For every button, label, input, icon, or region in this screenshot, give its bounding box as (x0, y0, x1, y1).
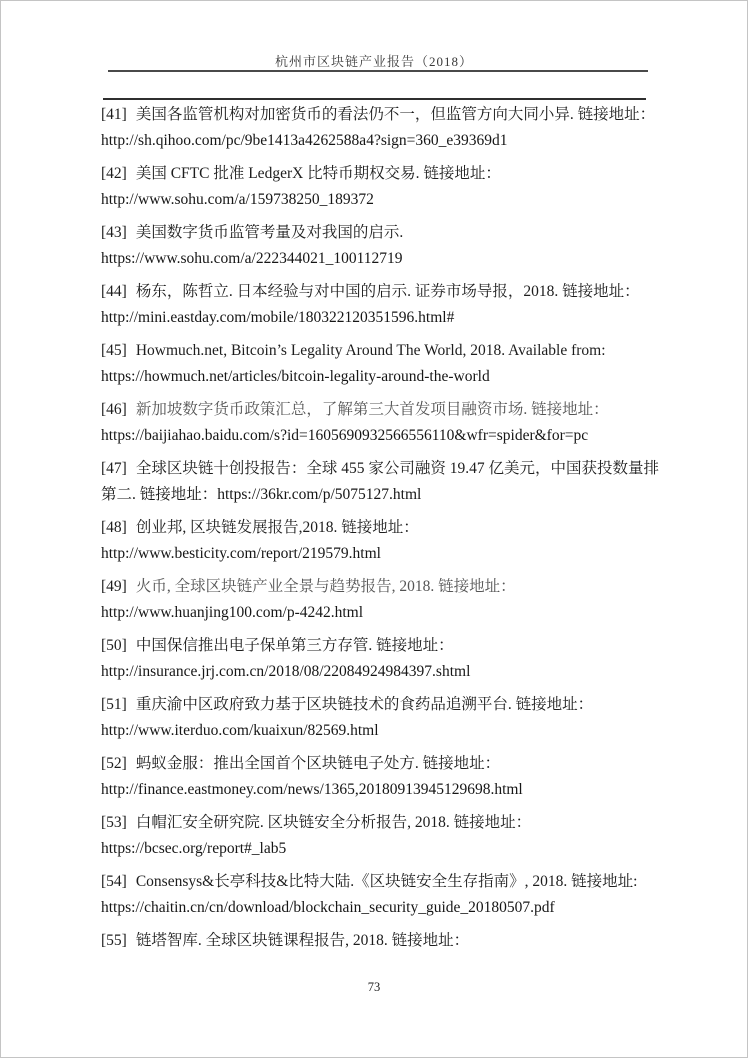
reference-url-line: http://www.iterduo.com/kuaixun/82569.htm… (101, 718, 653, 744)
reference-title: 美国各监管机构对加密货币的看法仍不一，但监管方向大同小异. 链接地址： (136, 106, 655, 123)
reference-label: [43] (101, 220, 127, 246)
reference-item: [43]美国数字货币监管考量及对我国的启示. https://www.sohu.… (101, 220, 653, 272)
reference-item: [51]重庆渝中区政府致力基于区块链技术的食药品追溯平台. 链接地址： http… (101, 692, 653, 744)
reference-title: 火币, 全球区块链产业全景与趋势报告, 2018. 链接地址： (136, 578, 516, 595)
reference-url-line: http://www.huanjing100.com/p-4242.html (101, 600, 653, 626)
reference-title-line: [52]蚂蚁金服：推出全国首个区块链电子处方. 链接地址： (101, 751, 653, 777)
reference-item: [45]Howmuch.net, Bitcoin’s Legality Arou… (101, 338, 653, 390)
reference-item: [52]蚂蚁金服：推出全国首个区块链电子处方. 链接地址： http://fin… (101, 751, 653, 803)
reference-title: 全球区块链十创投报告：全球 455 家公司融资 19.47 亿美元，中国获投数量… (136, 460, 659, 477)
reference-label: [49] (101, 574, 127, 600)
reference-url-line: https://baijiahao.baidu.com/s?id=1605690… (101, 423, 653, 449)
reference-label: [50] (101, 633, 127, 659)
reference-title-line: [46]新加坡数字货币政策汇总，了解第三大首发项目融资市场. 链接地址： (101, 397, 653, 423)
reference-label: [45] (101, 338, 127, 364)
reference-url-line: https://bcsec.org/report#_lab5 (101, 836, 653, 862)
reference-title: 新加坡数字货币政策汇总，了解第三大首发项目融资市场. 链接地址： (136, 401, 609, 418)
reference-item: [49]火币, 全球区块链产业全景与趋势报告, 2018. 链接地址： http… (101, 574, 653, 626)
reference-title-line: [49]火币, 全球区块链产业全景与趋势报告, 2018. 链接地址： (101, 574, 653, 600)
reference-item: [48]创业邦, 区块链发展报告,2018. 链接地址： http://www.… (101, 515, 653, 567)
reference-title-line: [43]美国数字货币监管考量及对我国的启示. (101, 220, 653, 246)
reference-label: [42] (101, 161, 127, 187)
reference-url-line: https://howmuch.net/articles/bitcoin-leg… (101, 364, 653, 390)
reference-item: [47]全球区块链十创投报告：全球 455 家公司融资 19.47 亿美元，中国… (101, 456, 653, 508)
references-list: [41]美国各监管机构对加密货币的看法仍不一，但监管方向大同小异. 链接地址： … (101, 102, 653, 961)
reference-title: 美国数字货币监管考量及对我国的启示. (136, 224, 403, 241)
header-rule (108, 70, 648, 72)
reference-title: 美国 CFTC 批准 LedgerX 比特币期权交易. 链接地址： (136, 165, 501, 182)
reference-title: 链塔智库. 全球区块链课程报告, 2018. 链接地址： (136, 932, 469, 949)
reference-label: [47] (101, 456, 127, 482)
reference-label: [51] (101, 692, 127, 718)
reference-title-line: [42]美国 CFTC 批准 LedgerX 比特币期权交易. 链接地址： (101, 161, 653, 187)
reference-url-line: https://chaitin.cn/cn/download/blockchai… (101, 895, 653, 921)
reference-title: 杨东，陈哲立. 日本经验与对中国的启示. 证券市场导报，2018. 链接地址： (136, 283, 640, 300)
reference-item: [55]链塔智库. 全球区块链课程报告, 2018. 链接地址： (101, 928, 653, 954)
reference-title-line: [53]白帽汇安全研究院. 区块链安全分析报告, 2018. 链接地址： (101, 810, 653, 836)
reference-title: Consensys&长亭科技&比特大陆.《区块链安全生存指南》, 2018. 链… (136, 873, 638, 890)
reference-item: [41]美国各监管机构对加密货币的看法仍不一，但监管方向大同小异. 链接地址： … (101, 102, 653, 154)
reference-title-line: [44]杨东，陈哲立. 日本经验与对中国的启示. 证券市场导报，2018. 链接… (101, 279, 653, 305)
reference-url-line: 第二. 链接地址：https://36kr.com/p/5075127.html (101, 482, 653, 508)
reference-label: [53] (101, 810, 127, 836)
reference-label: [41] (101, 102, 127, 128)
reference-label: [46] (101, 397, 127, 423)
reference-url-line: http://mini.eastday.com/mobile/180322120… (101, 305, 653, 331)
page-header-title: 杭州市区块链产业报告（2018） (1, 51, 747, 70)
reference-title-line: [50]中国保信推出电子保单第三方存管. 链接地址： (101, 633, 653, 659)
reference-label: [52] (101, 751, 127, 777)
reference-item: [46]新加坡数字货币政策汇总，了解第三大首发项目融资市场. 链接地址： htt… (101, 397, 653, 449)
reference-url-line: http://insurance.jrj.com.cn/2018/08/2208… (101, 659, 653, 685)
reference-url-line: http://www.sohu.com/a/159738250_189372 (101, 187, 653, 213)
reference-title-line: [45]Howmuch.net, Bitcoin’s Legality Arou… (101, 338, 653, 364)
reference-item: [42]美国 CFTC 批准 LedgerX 比特币期权交易. 链接地址： ht… (101, 161, 653, 213)
reference-title: 白帽汇安全研究院. 区块链安全分析报告, 2018. 链接地址： (136, 814, 531, 831)
reference-title: 蚂蚁金服：推出全国首个区块链电子处方. 链接地址： (136, 755, 500, 772)
reference-title-line: [48]创业邦, 区块链发展报告,2018. 链接地址： (101, 515, 653, 541)
reference-title-line: [41]美国各监管机构对加密货币的看法仍不一，但监管方向大同小异. 链接地址： (101, 102, 653, 128)
reference-item: [50]中国保信推出电子保单第三方存管. 链接地址： http://insura… (101, 633, 653, 685)
reference-label: [48] (101, 515, 127, 541)
page-number: 73 (1, 980, 747, 995)
reference-url-line: http://sh.qihoo.com/pc/9be1413a4262588a4… (101, 128, 653, 154)
reference-title: Howmuch.net, Bitcoin’s Legality Around T… (136, 342, 606, 359)
reference-title: 创业邦, 区块链发展报告,2018. 链接地址： (136, 519, 419, 536)
reference-label: [44] (101, 279, 127, 305)
reference-label: [54] (101, 869, 127, 895)
reference-url-line: https://www.sohu.com/a/222344021_1001127… (101, 246, 653, 272)
reference-label: [55] (101, 928, 127, 954)
reference-title: 中国保信推出电子保单第三方存管. 链接地址： (136, 637, 454, 654)
reference-title-line: [47]全球区块链十创投报告：全球 455 家公司融资 19.47 亿美元，中国… (101, 456, 653, 482)
reference-title-line: [51]重庆渝中区政府致力基于区块链技术的食药品追溯平台. 链接地址： (101, 692, 653, 718)
content-top-rule (103, 98, 646, 100)
reference-title-line: [55]链塔智库. 全球区块链课程报告, 2018. 链接地址： (101, 928, 653, 954)
document-page: 杭州市区块链产业报告（2018） [41]美国各监管机构对加密货币的看法仍不一，… (0, 0, 748, 1058)
reference-url-line: http://www.besticity.com/report/219579.h… (101, 541, 653, 567)
reference-item: [44]杨东，陈哲立. 日本经验与对中国的启示. 证券市场导报，2018. 链接… (101, 279, 653, 331)
reference-item: [53]白帽汇安全研究院. 区块链安全分析报告, 2018. 链接地址： htt… (101, 810, 653, 862)
reference-title: 重庆渝中区政府致力基于区块链技术的食药品追溯平台. 链接地址： (136, 696, 593, 713)
reference-url-line: http://finance.eastmoney.com/news/1365,2… (101, 777, 653, 803)
reference-title-line: [54]Consensys&长亭科技&比特大陆.《区块链安全生存指南》, 201… (101, 869, 653, 895)
reference-item: [54]Consensys&长亭科技&比特大陆.《区块链安全生存指南》, 201… (101, 869, 653, 921)
